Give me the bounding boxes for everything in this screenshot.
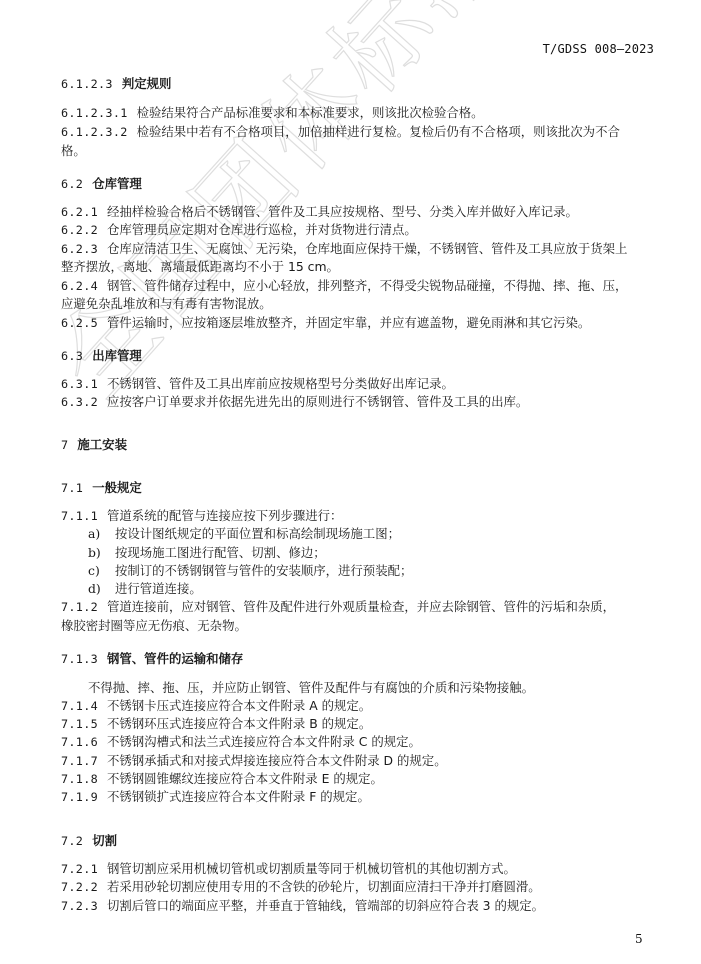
clause-6-3-1: 6.3.1不锈钢管、管件及工具出库前应按规格型号分类做好出库记录。 <box>61 375 454 393</box>
section-heading-7-2: 7.2切割 <box>61 832 117 850</box>
clause-7-2-3: 7.2.3切割后管口的端面应平整，并垂直于管轴线，管端部的切斜应符合表 3 的规… <box>61 897 544 915</box>
clause-6-2-5: 6.2.5管件运输时，应按箱逐层堆放整齐，并固定牢靠，并应有遮盖物，避免雨淋和其… <box>61 314 590 332</box>
clause-7-1-5: 7.1.5不锈钢环压式连接应符合本文件附录 B 的规定。 <box>61 715 371 733</box>
clause-7-1-2-cont: 橡胶密封圈等应无伤痕、无杂物。 <box>61 617 247 635</box>
section-heading-7-1: 7.1一般规定 <box>61 479 142 497</box>
clause-6-1-2-3-2: 6.1.2.3.2检验结果中若有不合格项目，加倍抽样进行复检。复检后仍有不合格项… <box>61 123 620 141</box>
clause-7-2-1: 7.2.1钢管切割应采用机械切管机或切割质量等同于机械切管机的其他切割方式。 <box>61 860 516 878</box>
clause-6-2-3-cont: 整齐摆放，离地、离墙最低距离均不小于 15 cm。 <box>61 258 339 276</box>
clause-6-2-3: 6.2.3仓库应清洁卫生、无腐蚀、无污染，仓库地面应保持干燥，不锈钢管、管件及工… <box>61 240 627 258</box>
clause-7-1-1: 7.1.1管道系统的配管与连接应按下列步骤进行： <box>61 507 342 525</box>
clause-7-1-9: 7.1.9不锈钢锁扩式连接应符合本文件附录 F 的规定。 <box>61 788 370 806</box>
clause-6-2-4-cont: 应避免杂乱堆放和与有毒有害物混放。 <box>61 295 272 313</box>
clause-6-2-1: 6.2.1经抽样检验合格后不锈钢管、管件及工具应按规格、型号、分类入库并做好入库… <box>61 203 578 221</box>
clause-6-1-2-3-2-cont: 格。 <box>61 142 86 160</box>
list-item-c: c)按制订的不锈钢钢管与管件的安装顺序，进行预装配； <box>88 562 412 580</box>
clause-7-1-4: 7.1.4不锈钢卡压式连接应符合本文件附录 A 的规定。 <box>61 697 371 715</box>
clause-7-1-2: 7.1.2管道连接前，应对钢管、管件及配件进行外观质量检查，并应去除钢管、管件的… <box>61 598 615 616</box>
section-heading-6-3: 6.3出库管理 <box>61 347 142 365</box>
clause-6-1-2-3-1: 6.1.2.3.1检验结果符合产品标准要求和本标准要求，则该批次检验合格。 <box>61 104 484 122</box>
clause-heading-6-1-2-3: 6.1.2.3判定规则 <box>61 75 171 93</box>
chapter-heading-7: 7施工安装 <box>61 436 127 454</box>
clause-6-2-2: 6.2.2仓库管理员应定期对仓库进行巡检，并对货物进行清点。 <box>61 221 417 239</box>
clause-7-1-3-body: 不得抛、摔、拖、压，并应防止钢管、管件及配件与有腐蚀的介质和污染物接触。 <box>88 679 534 697</box>
clause-7-2-2: 7.2.2若采用砂轮切割应使用专用的不含铁的砂轮片，切割面应清扫干净并打磨圆滑。 <box>61 878 541 896</box>
list-item-d: d)进行管道连接。 <box>88 580 202 598</box>
list-item-b: b)按现场施工图进行配管、切割、修边； <box>88 544 326 562</box>
clause-6-3-2: 6.3.2应按客户订单要求并依据先进先出的原则进行不锈钢管、管件及工具的出库。 <box>61 393 528 411</box>
clause-7-1-8: 7.1.8不锈钢圆锥螺纹连接应符合本文件附录 E 的规定。 <box>61 770 383 788</box>
document-code: T/GDSS 008—2023 <box>543 42 654 56</box>
document-page: 全国团体标准信息平台 T/GDSS 008—2023 6.1.2.3判定规则 6… <box>0 0 701 964</box>
clause-7-1-7: 7.1.7不锈钢承插式和对接式焊接连接应符合本文件附录 D 的规定。 <box>61 752 447 770</box>
section-heading-6-2: 6.2仓库管理 <box>61 175 142 193</box>
page-number: 5 <box>635 932 643 946</box>
clause-6-2-4: 6.2.4钢管、管件储存过程中，应小心轻放，排列整齐，不得受尖锐物品碰撞，不得抛… <box>61 277 627 295</box>
clause-heading-7-1-3: 7.1.3钢管、管件的运输和储存 <box>61 650 243 668</box>
clause-7-1-6: 7.1.6不锈钢沟槽式和法兰式连接应符合本文件附录 C 的规定。 <box>61 733 421 751</box>
list-item-a: a)按设计图纸规定的平面位置和标高绘制现场施工图； <box>88 525 400 543</box>
